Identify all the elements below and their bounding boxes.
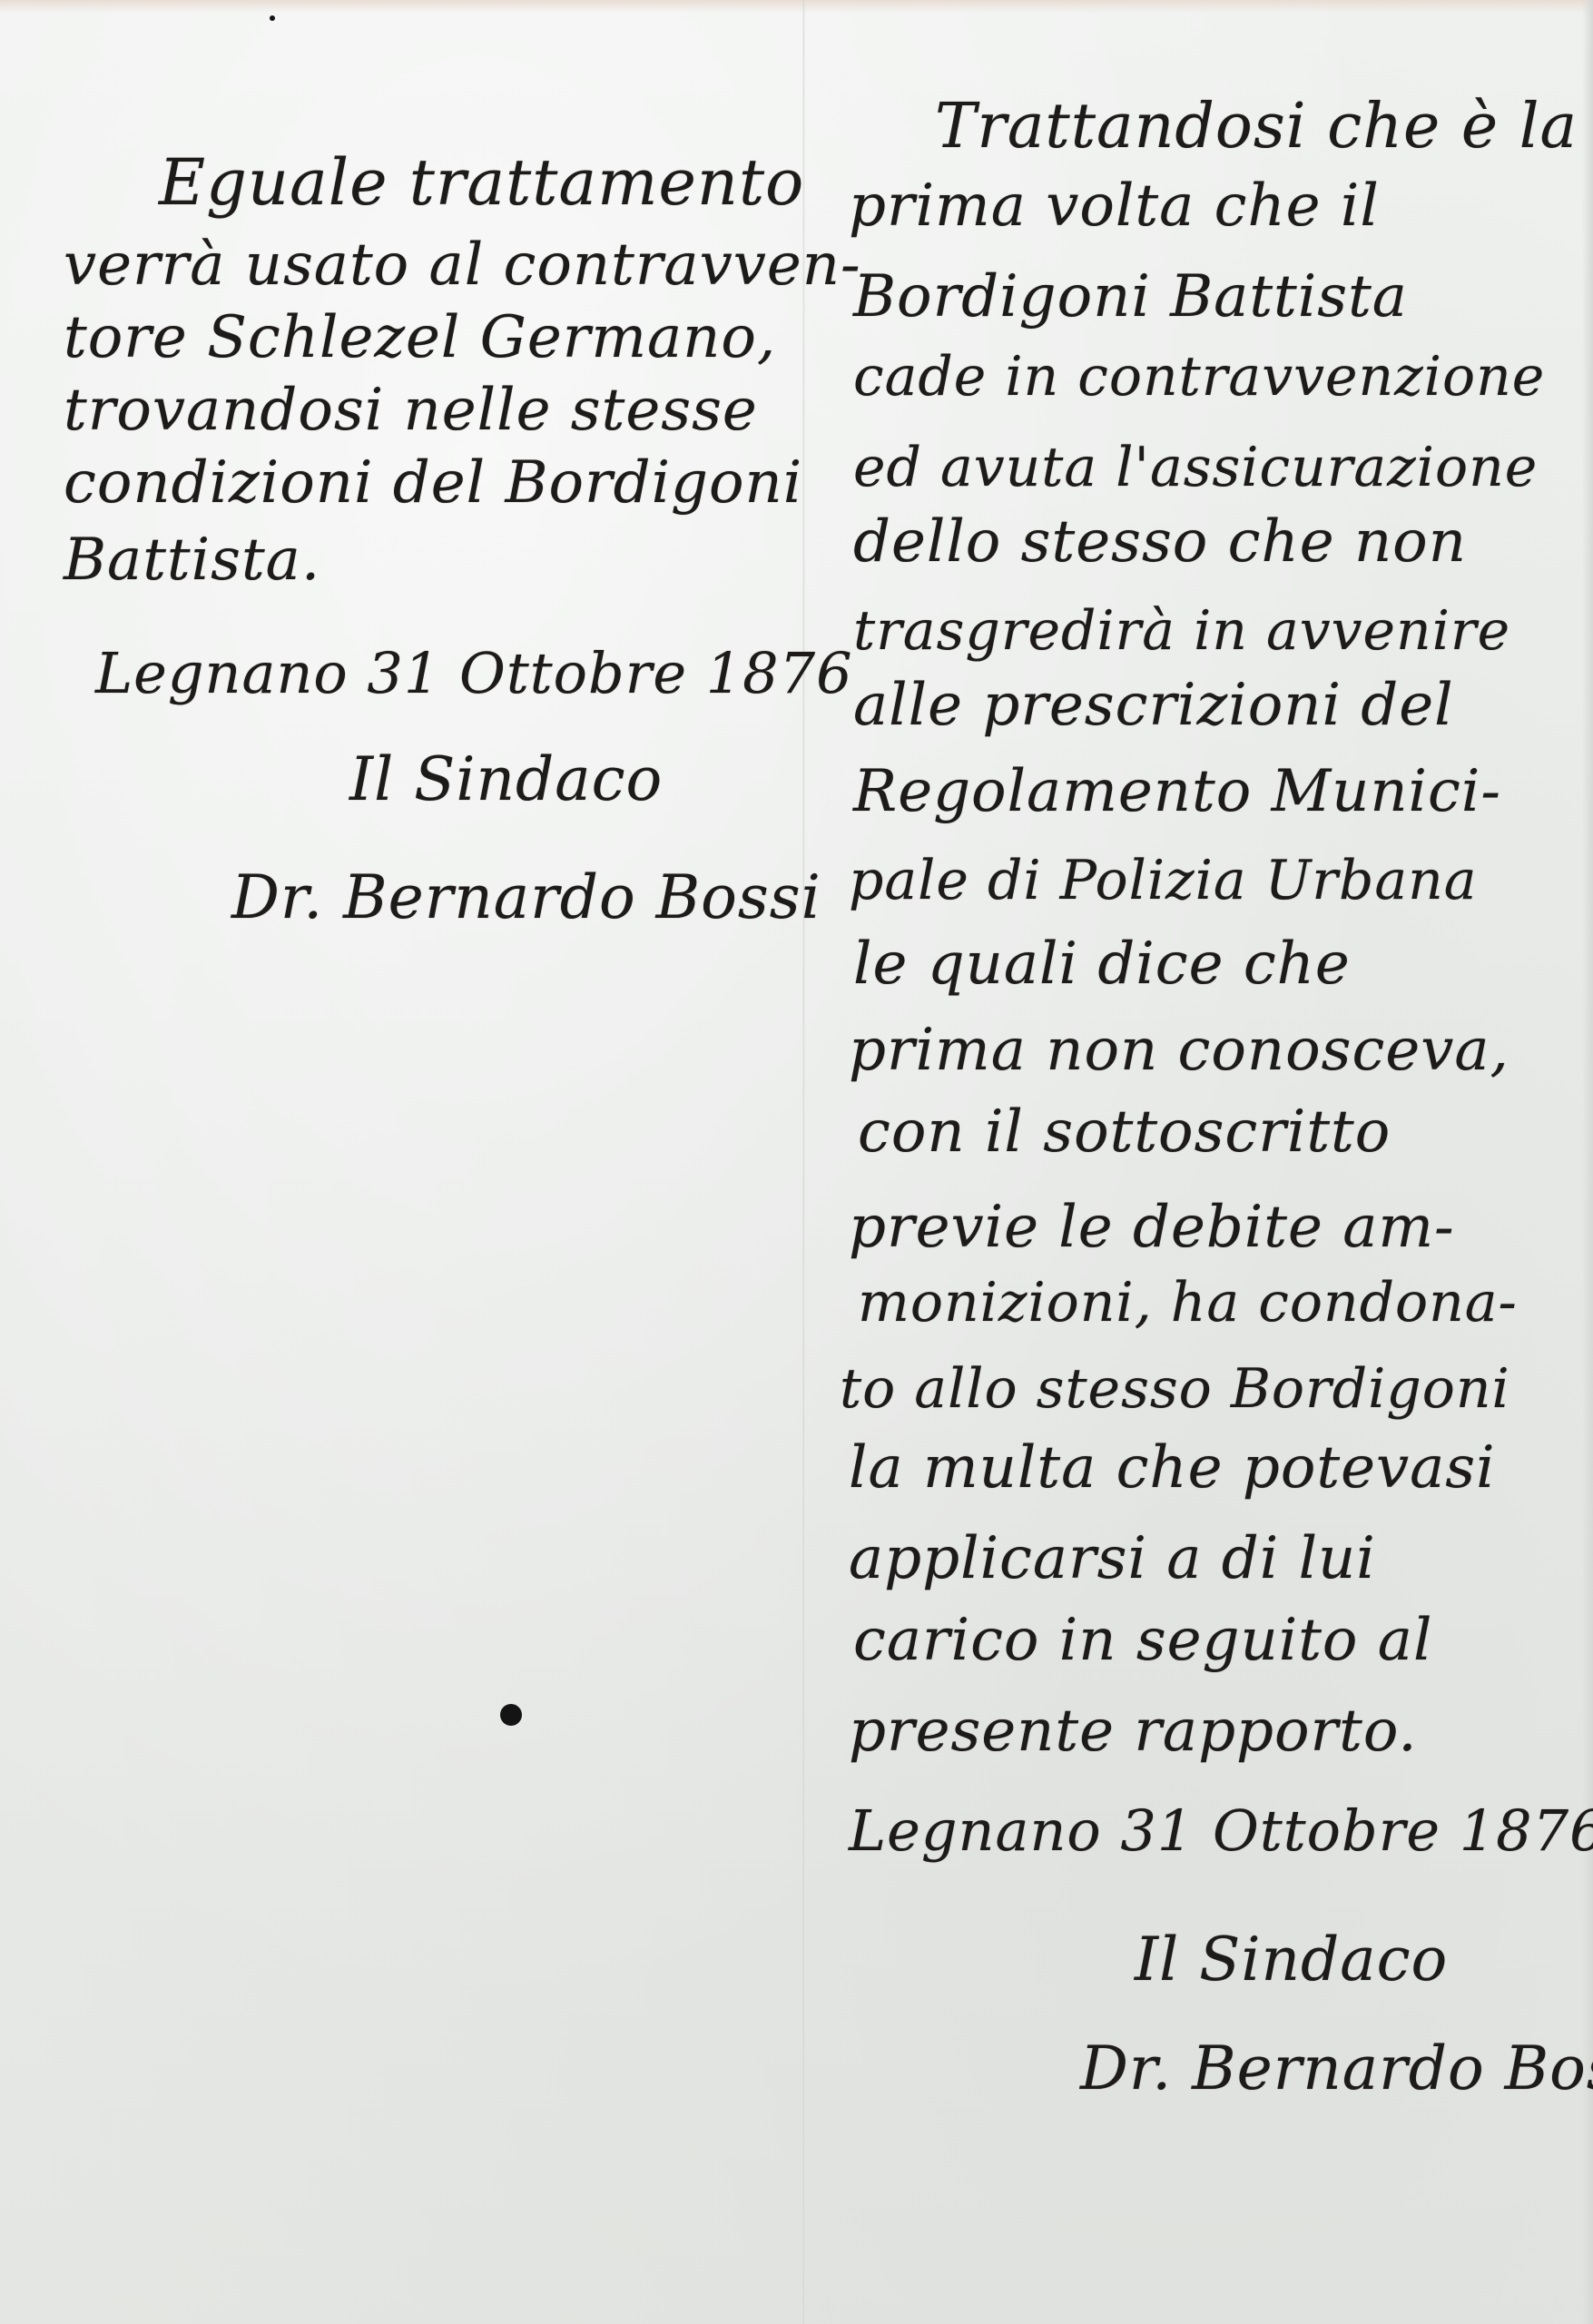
right-line-18: applicarsi a di lui [849, 1525, 1376, 1592]
left-signature-name: Dr. Bernardo Bossi [231, 862, 821, 932]
right-line-7: trasgredirà in avvenire [853, 599, 1510, 663]
right-line-3: Bordigoni Battista [853, 263, 1408, 330]
left-line-4: trovandosi nelle stesse [64, 377, 758, 444]
right-line-1: Trattandosi che è la [935, 91, 1578, 162]
document-page: Eguale trattamento verrà usato al contra… [0, 0, 1593, 2324]
right-line-14: previe le debite am- [849, 1194, 1455, 1261]
ink-blot [500, 1704, 522, 1726]
ink-speck [270, 15, 275, 21]
right-signature-title: Il Sindaco [1135, 1925, 1448, 1994]
right-date: Legnano 31 Ottobre 1876 [849, 1797, 1593, 1864]
left-line-3: tore Schlezel Germano, [64, 304, 776, 371]
paper-right-edge [1582, 0, 1593, 2324]
right-line-16: to allo stesso Bordigoni [840, 1357, 1510, 1421]
left-line-5: condizioni del Bordigoni [64, 449, 802, 517]
left-line-6: Battista. [64, 527, 320, 594]
right-line-5: ed avuta l'assicurazione [853, 436, 1538, 499]
paper-top-edge [0, 0, 1593, 13]
right-line-19: carico in seguito al [853, 1607, 1432, 1674]
right-line-9: Regolamento Munici- [853, 758, 1501, 825]
right-signature-name: Dr. Bernardo Bossi [1080, 2033, 1593, 2103]
right-line-2: prima volta che il [849, 172, 1380, 240]
right-line-12: prima non conosceva, [849, 1017, 1509, 1084]
right-line-10: pale di Polizia Urbana [849, 849, 1478, 912]
right-line-20: presente rapporto. [849, 1698, 1418, 1765]
right-line-6: dello stesso che non [853, 508, 1467, 576]
left-date: Legnano 31 Ottobre 1876 [95, 640, 853, 706]
left-line-2: verrà usato al contravven- [64, 231, 861, 299]
right-line-17: la multa che potevasi [849, 1434, 1496, 1502]
right-line-8: alle prescrizioni del [853, 672, 1454, 739]
paper-fold-line [802, 0, 805, 2324]
left-signature-title: Il Sindaco [349, 744, 663, 814]
right-line-13: con il sottoscritto [858, 1098, 1391, 1166]
right-line-4: cade in contravvenzione [853, 345, 1545, 409]
right-line-11: le quali dice che [853, 931, 1351, 998]
right-line-15: monizioni, ha condona- [858, 1271, 1518, 1334]
left-line-1: Eguale trattamento [159, 145, 804, 220]
